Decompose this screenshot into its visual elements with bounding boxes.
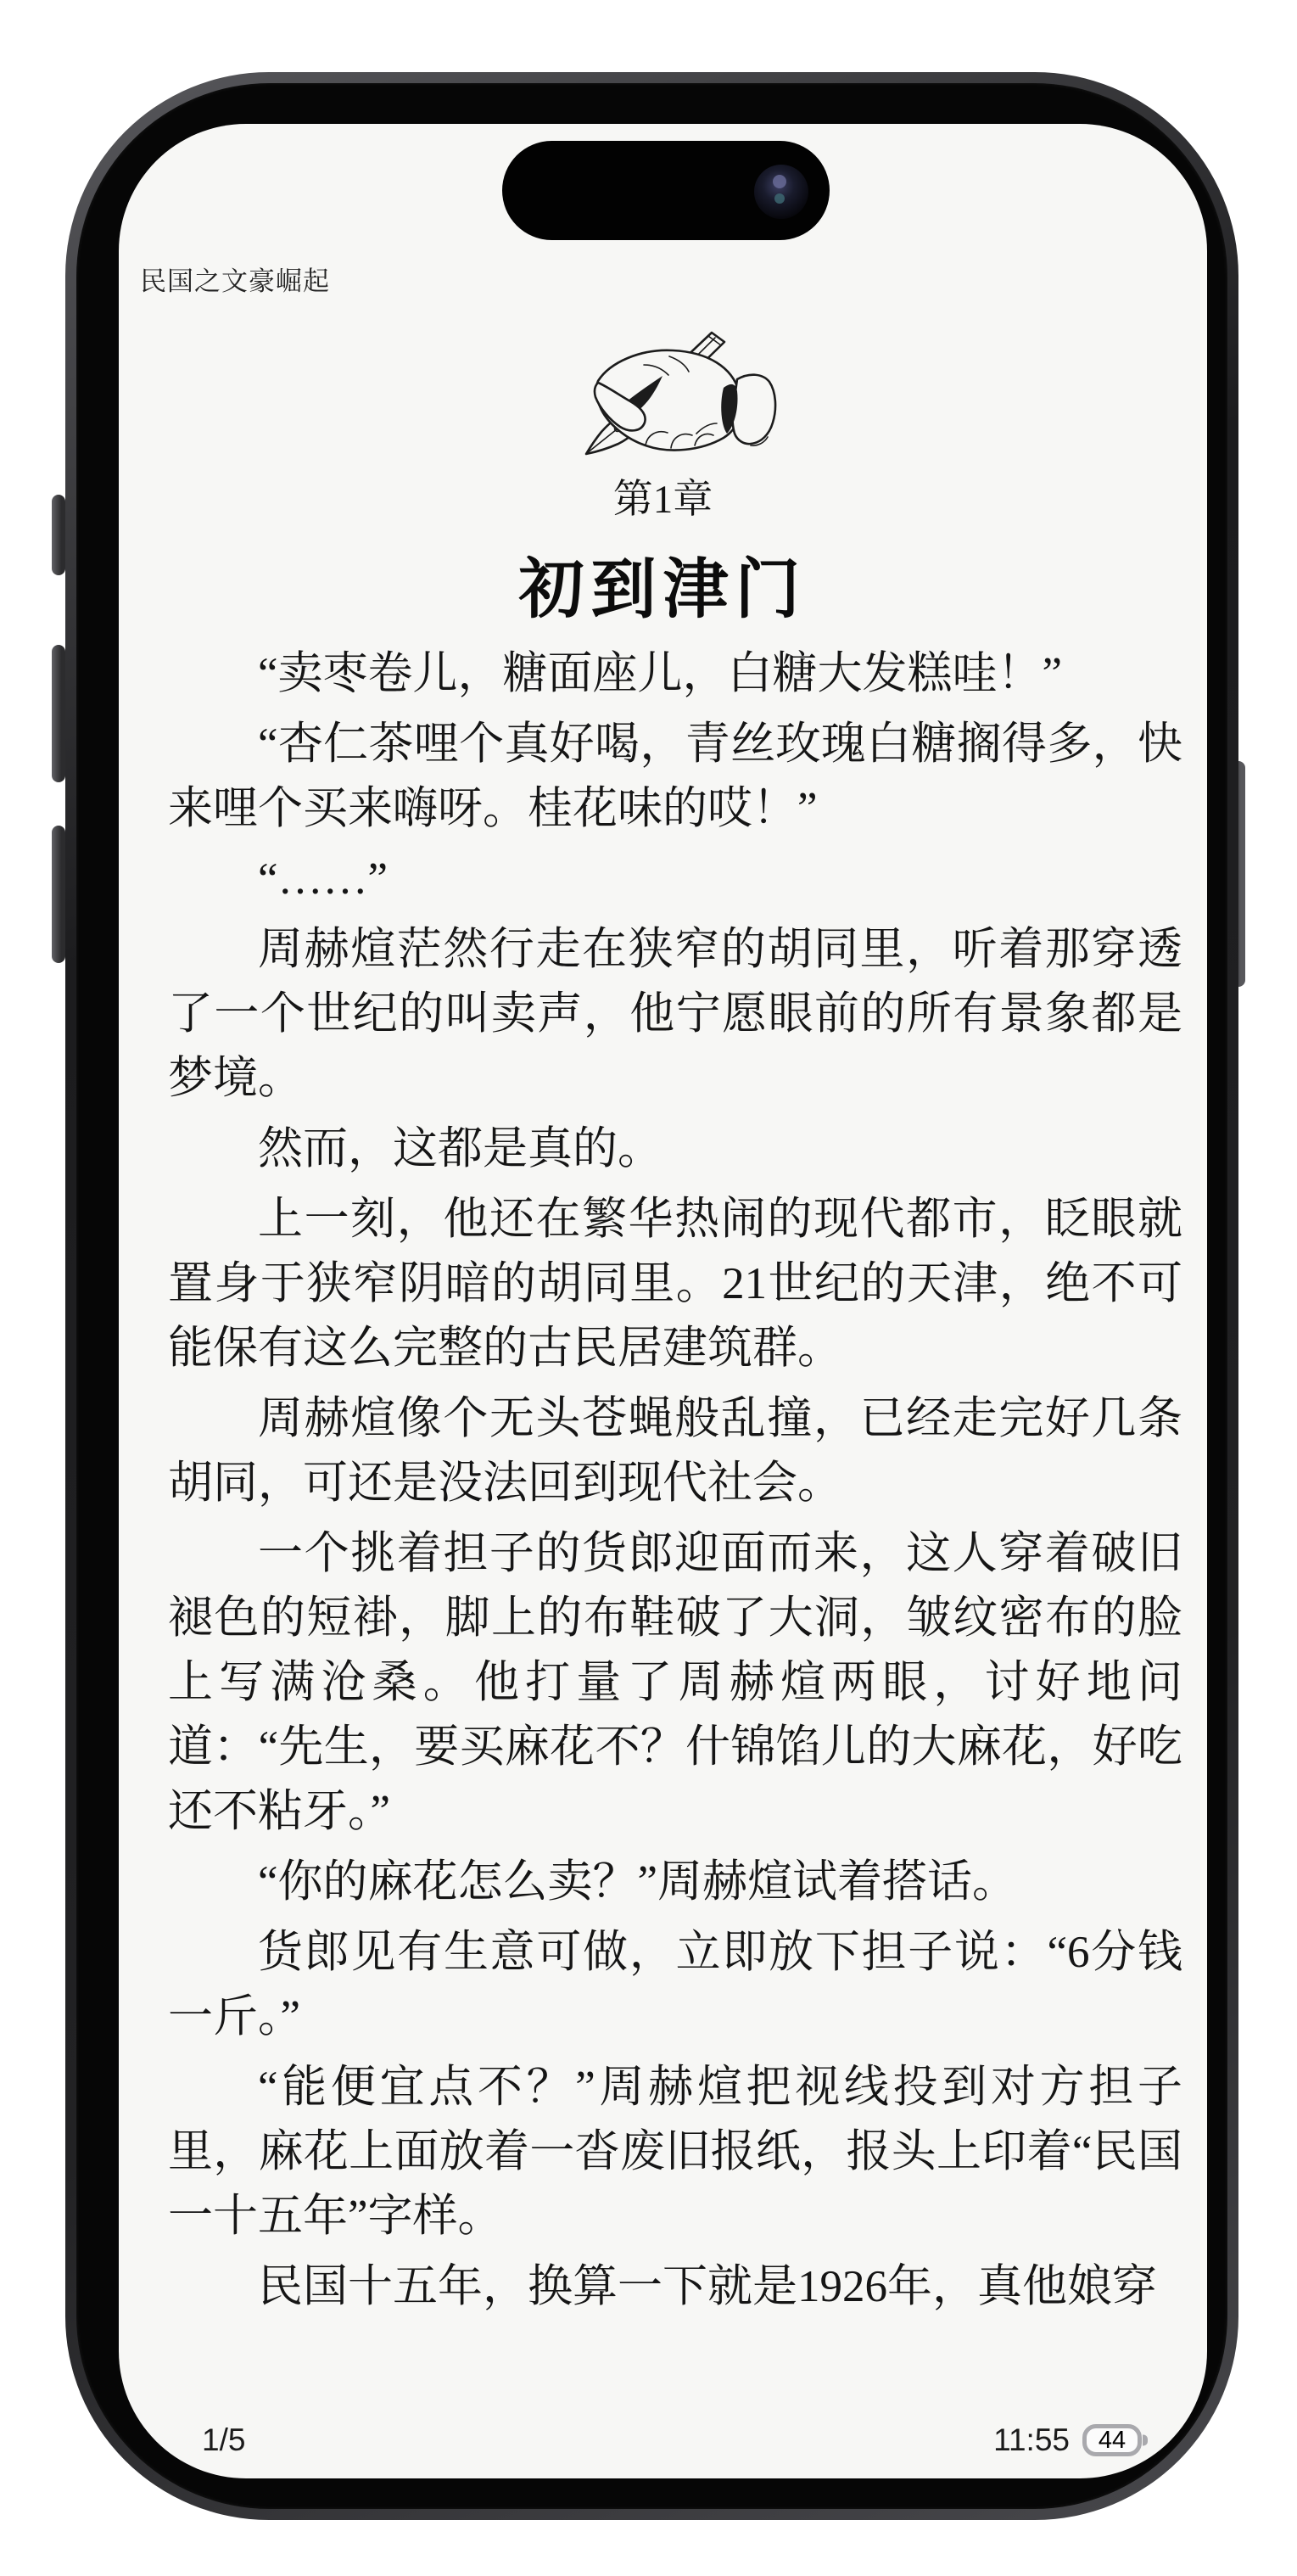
- paragraph: 民国十五年，换算一下就是1926年，真他娘穿: [168, 2254, 1182, 2319]
- battery-icon: 44: [1082, 2424, 1142, 2456]
- paragraph: 一个挑着担子的货郎迎面而来，这人穿着破旧褪色的短褂，脚上的布鞋破了大洞，皱纹密布…: [168, 1521, 1182, 1844]
- paragraph: “……”: [168, 847, 1182, 911]
- paragraph: 上一刻，他还在繁华热闹的现代都市，眨眼就置身于狭窄阴暗的胡同里。21世纪的天津，…: [168, 1187, 1182, 1380]
- paragraph: “杏仁茶哩个真好喝，青丝玫瑰白糖搁得多，快来哩个买来嗨呀。桂花味的哎！”: [168, 712, 1182, 841]
- reader-screen[interactable]: 民国之文豪崛起: [119, 124, 1207, 2478]
- paragraph: “你的麻花怎么卖？”周赫煊试着搭话。: [168, 1850, 1182, 1914]
- phone-frame: 民国之文豪崛起: [65, 72, 1238, 2520]
- paragraph: 然而，这都是真的。: [168, 1117, 1182, 1181]
- paragraph: “卖枣卷儿，糖面座儿，白糖大发糕哇！”: [168, 641, 1182, 706]
- action-button: [52, 495, 65, 575]
- volume-down-button: [52, 826, 65, 963]
- battery-percent: 44: [1099, 2427, 1126, 2455]
- hand-pen-illustration-icon: [542, 330, 785, 469]
- page-indicator: 1/5: [202, 2422, 245, 2458]
- phone-bezel: 民国之文豪崛起: [76, 83, 1227, 2509]
- paragraph: 周赫煊茫然行走在狭窄的胡同里，听着那穿透了一个世纪的叫卖声，他宁愿眼前的所有景象…: [168, 917, 1182, 1111]
- screenshot-page: 民国之文豪崛起: [0, 0, 1297, 2576]
- paragraph: 周赫煊像个无头苍蝇般乱撞，已经走完好几条胡同，可还是没法回到现代社会。: [168, 1386, 1182, 1515]
- chapter-title: 初到津门: [119, 537, 1207, 631]
- clock: 11:55: [993, 2422, 1070, 2458]
- reader-footer: 1/5 11:55 44: [202, 2420, 1142, 2461]
- paragraph: 货郎见有生意可做，立即放下担子说：“6分钱一斤。”: [168, 1920, 1182, 2049]
- paragraph: “能便宜点不？”周赫煊把视线投到对方担子里，麻花上面放着一沓废旧报纸，报头上印着…: [168, 2055, 1182, 2248]
- front-camera-icon: [754, 165, 808, 219]
- chapter-label: 第1章: [119, 468, 1207, 524]
- dynamic-island: [502, 141, 830, 240]
- footer-right: 11:55 44: [993, 2422, 1142, 2458]
- volume-up-button: [52, 645, 65, 782]
- book-title: 民国之文豪崛起: [140, 260, 330, 298]
- body-text: “卖枣卷儿，糖面座儿，白糖大发糕哇！”“杏仁茶哩个真好喝，青丝玫瑰白糖搁得多，快…: [168, 641, 1182, 2325]
